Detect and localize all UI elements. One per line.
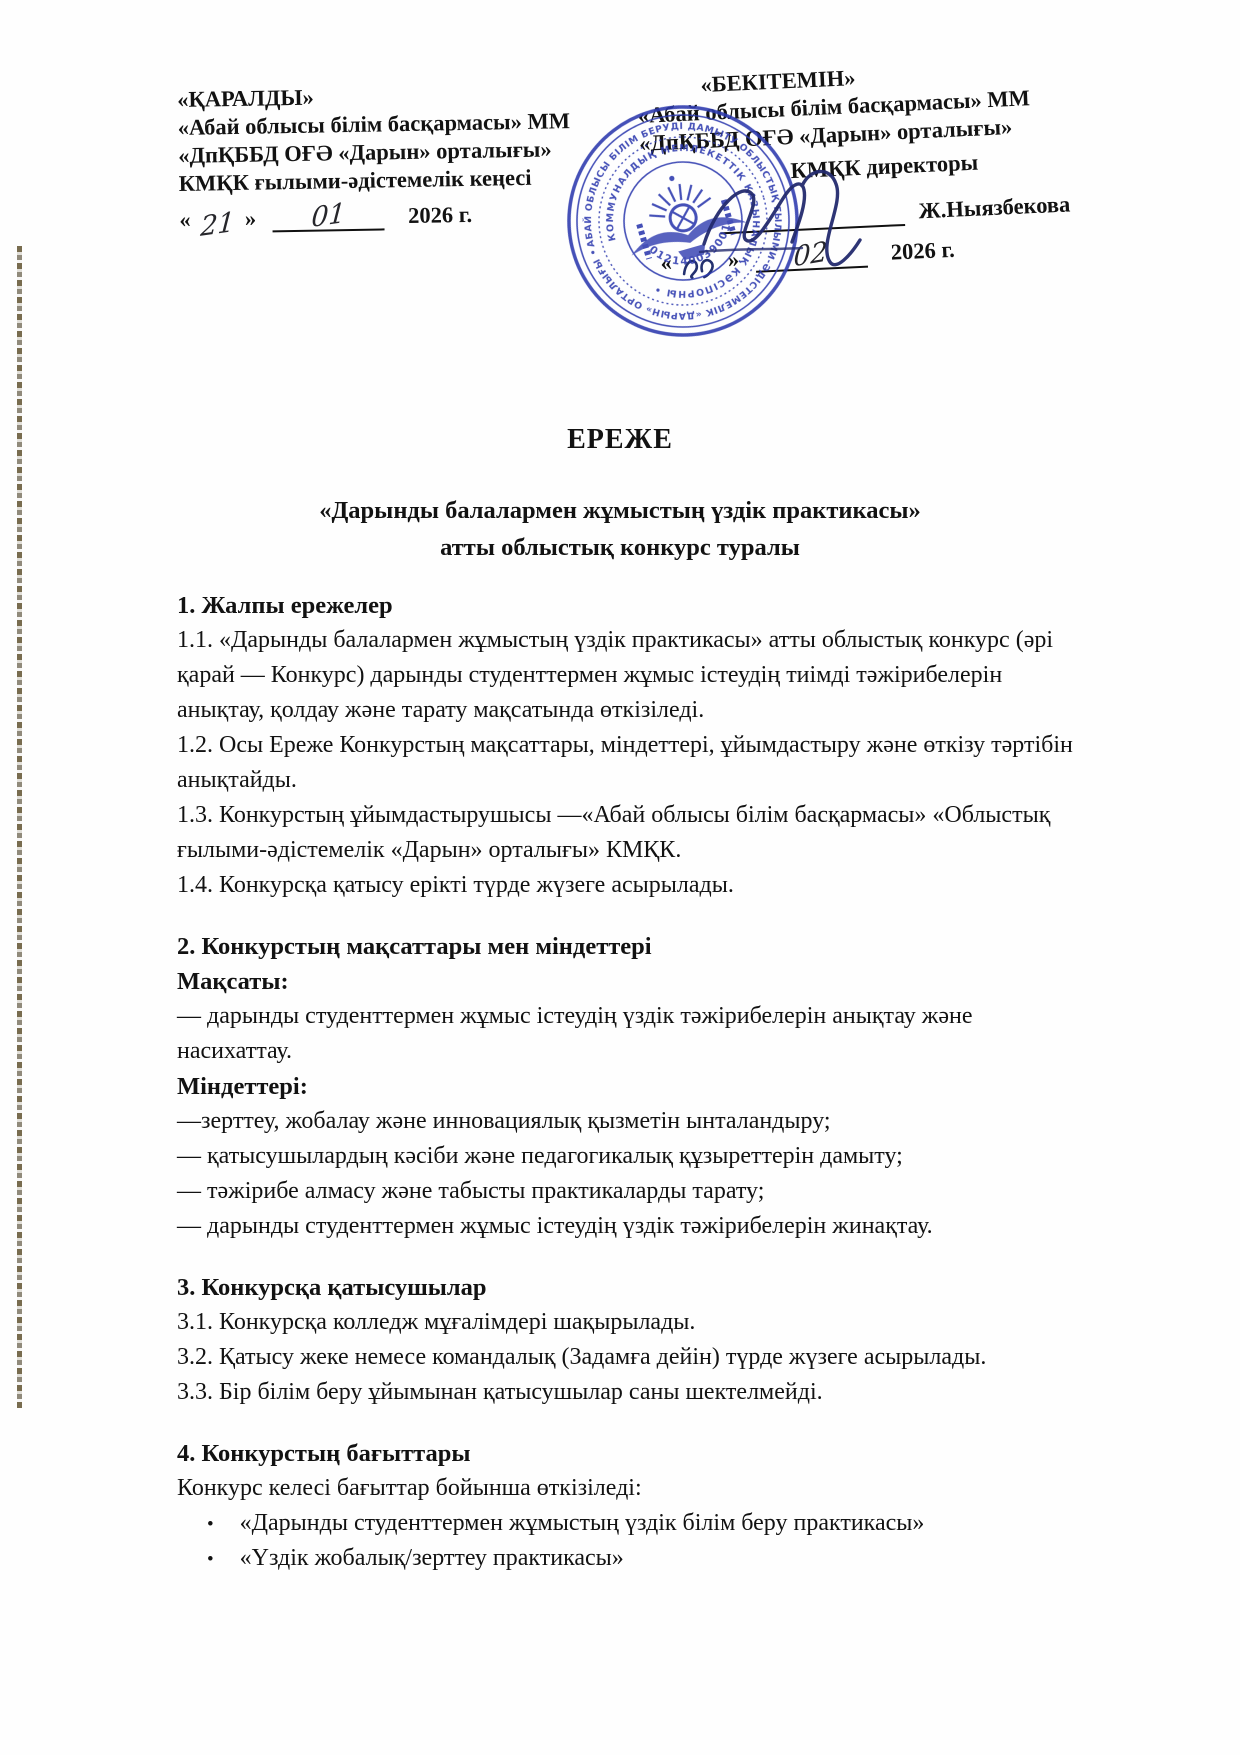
task-item: — дарынды студенттермен жұмыс істеудің ү… [177,1209,1082,1244]
section-intro: Конкурс келесі бағыттар бойынша өткізіле… [177,1471,1082,1506]
scan-artifact-line [17,246,22,1408]
bullet-icon: • [207,1542,214,1577]
paragraph: 3.2. Қатысу жеке немесе командалық (3ада… [177,1340,1082,1375]
document-body: 1. Жалпы ережелер 1.1. «Дарынды балаларм… [177,588,1082,1576]
director-signature [698,160,908,285]
directions-list: • «Дарынды студенттермен жұмыстың үздік … [177,1506,1082,1576]
handwritten-month: 01 [310,204,345,229]
paragraph: 1.2. Осы Ереже Конкурстың мақсаттары, мі… [177,728,1082,798]
section-directions: 4. Конкурстың бағыттары Конкурс келесі б… [177,1436,1082,1576]
task-item: — тәжірибе алмасу және табысты практикал… [177,1174,1082,1209]
signer-name: Ж.Ныязбекова [918,190,1071,225]
section-goals-tasks: 2. Конкурстың мақсаттары мен міндеттері … [177,929,1082,1244]
list-item-text: «Үздік жобалық/зерттеу практикасы» [240,1541,624,1576]
approval-date-left: « 21 » 01 2026 г. [179,199,572,234]
quote-close: » [245,205,257,233]
section-heading: 4. Конкурстың бағыттары [177,1436,1082,1471]
document-title: ЕРЕЖЕ [0,424,1240,456]
task-item: —зерттеу, жобалау және инновациялық қызм… [177,1104,1082,1139]
list-item-text: «Дарынды студенттермен жұмыстың үздік бі… [240,1506,925,1541]
scanned-document-page: { "header": { "left": { "status": "«ҚАРА… [0,0,1240,1755]
bullet-icon: • [207,1507,214,1542]
list-item: • «Үздік жобалық/зерттеу практикасы» [207,1541,1082,1576]
year-label: 2026 г. [408,201,472,230]
task-item: — қатысушылардың кәсіби және педагогикал… [177,1139,1082,1174]
month-blank-line: 01 [272,202,384,232]
subtitle-line-1: «Дарынды балалармен жұмыстың үздік практ… [0,492,1240,529]
handwritten-day: 21 [200,213,235,238]
paragraph: 3.1. Конкурсқа колледж мұғалімдері шақыр… [177,1305,1082,1340]
goal-label: Мақсаты: [177,964,1082,999]
list-item: • «Дарынды студенттермен жұмыстың үздік … [207,1506,1082,1541]
paragraph: 1.1. «Дарынды балалармен жұмыстың үздік … [177,623,1082,728]
section-general-provisions: 1. Жалпы ережелер 1.1. «Дарынды балаларм… [177,588,1082,903]
paragraph: 3.3. Бір білім беру ұйымынан қатысушылар… [177,1375,1082,1410]
section-heading: 2. Конкурстың мақсаттары мен міндеттері [177,929,1082,964]
tasks-label: Міндеттері: [177,1069,1082,1104]
document-subtitle: «Дарынды балалармен жұмыстың үздік практ… [0,492,1240,566]
paragraph: 1.4. Конкурсқа қатысу ерікті түрде жүзег… [177,868,1082,903]
org-line: КМҚК ғылыми-әдістемелік кеңесі [178,163,571,198]
section-heading: 1. Жалпы ережелер [177,588,1082,623]
paragraph: 1.3. Конкурстың ұйымдастырушысы —«Абай о… [177,798,1082,868]
section-participants: 3. Конкурсқа қатысушылар 3.1. Конкурсқа … [177,1270,1082,1410]
quote-open: « [179,206,191,234]
approval-block-left: «ҚАРАЛДЫ» «Абай облысы білім басқармасы»… [177,79,572,234]
goal-item: — дарынды студенттермен жұмыс істеудің ү… [177,999,1082,1069]
subtitle-line-2: атты облыстық конкурс туралы [0,529,1240,566]
section-heading: 3. Конкурсқа қатысушылар [177,1270,1082,1305]
